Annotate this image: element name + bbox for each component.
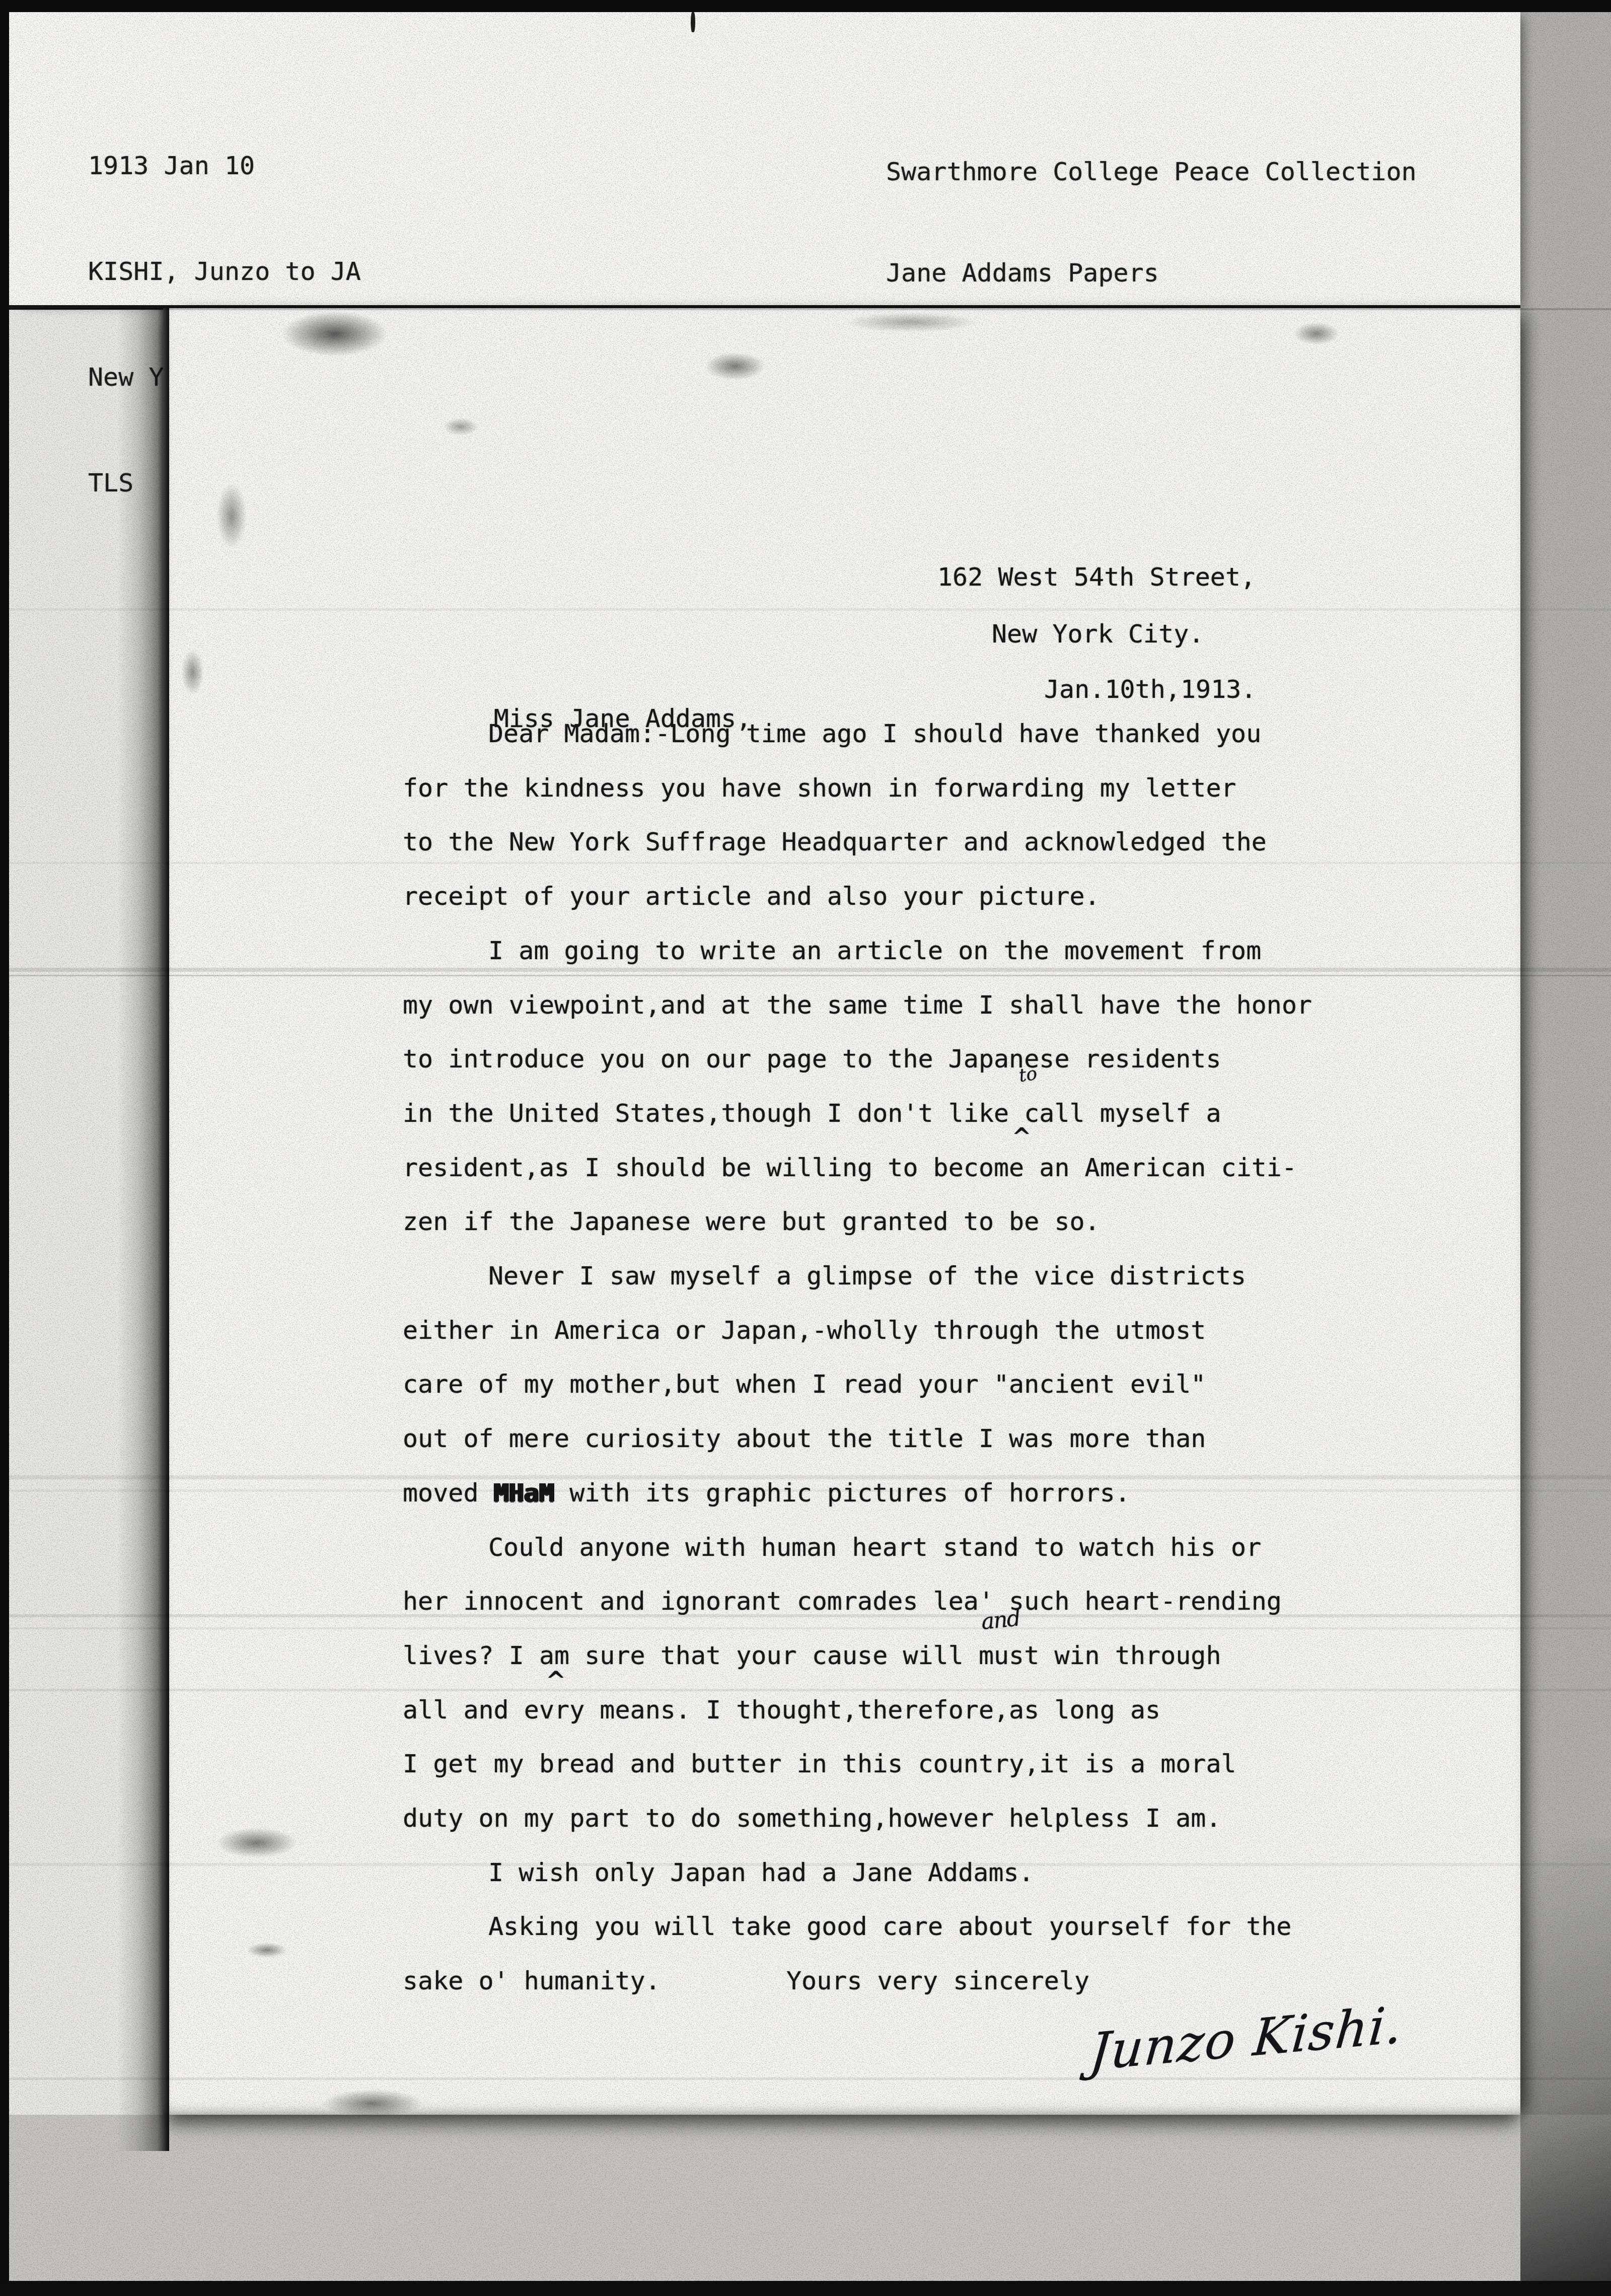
insertion-caret: ^ bbox=[1012, 1123, 1032, 1150]
letter-line: out of mere curiosity about the title I … bbox=[403, 1424, 1206, 1453]
letter-line: sake o' humanity.Yours very sincerely bbox=[403, 1966, 661, 1995]
handwritten-insertion-and: and bbox=[980, 1605, 1021, 1635]
overstruck-word: MHaM bbox=[494, 1478, 554, 1508]
collection-name: Swarthmore College Peace Collection bbox=[886, 155, 1417, 189]
letter-line: care of my mother,but when I read your "… bbox=[403, 1370, 1206, 1399]
letter-line: Asking you will take good care about you… bbox=[403, 1912, 1291, 1941]
letter-line: in the United States,though I don't like… bbox=[403, 1099, 1221, 1128]
handwritten-signature: Junzo Kishi. bbox=[1087, 1995, 1406, 2082]
letter-date: Jan.10th,1913. bbox=[1044, 675, 1256, 704]
scan-edge-bottom bbox=[0, 2281, 1611, 2296]
letter-line: I am going to write an article on the mo… bbox=[403, 936, 1261, 965]
letter-line: either in America or Japan,-wholly throu… bbox=[403, 1316, 1206, 1345]
letter-line: I get my bread and butter in this countr… bbox=[403, 1749, 1236, 1778]
handwritten-caret-evry: ^ bbox=[546, 1667, 566, 1695]
letter-line: zen if the Japanese were but granted to … bbox=[403, 1207, 1100, 1236]
letter-line: all and evry means. I thought,therefore,… bbox=[403, 1695, 1160, 1725]
scan-background-bottom bbox=[9, 2115, 1611, 2296]
scan-edge-top bbox=[0, 0, 1611, 12]
letter-line: Could anyone with human heart stand to w… bbox=[403, 1533, 1261, 1562]
letter-line: my own viewpoint,and at the same time I … bbox=[403, 990, 1312, 1020]
letter-text: 162 West 54th Street, New York City. Mis… bbox=[163, 308, 1520, 2115]
letter-line: to introduce you on our page to the Japa… bbox=[403, 1044, 1221, 1073]
letter-line: duty on my part to do something,however … bbox=[403, 1804, 1221, 1833]
letter-line: to the New York Suffrage Headquarter and… bbox=[403, 827, 1267, 856]
letter-line: moved MHaM with its graphic pictures of … bbox=[403, 1478, 1130, 1508]
letter-line: lives? I am sure that your cause will mu… bbox=[403, 1641, 1221, 1670]
letter-line: receipt of your article and also your pi… bbox=[403, 882, 1100, 911]
closing-phrase: Yours very sincerely bbox=[786, 1966, 1089, 1995]
scan-edge-left bbox=[0, 0, 9, 2296]
letter-line: resident,as I should be willing to becom… bbox=[403, 1153, 1297, 1182]
letter-line: Dear Madam:-Long time ago I should have … bbox=[403, 719, 1261, 748]
scanned-document: { "header_card": { "catalog": { "lines":… bbox=[0, 0, 1611, 2296]
catalog-header-card: 1913 Jan 10 KISHI, Junzo to JA New York,… bbox=[9, 12, 1520, 310]
catalog-correspondents: KISHI, Junzo to JA bbox=[88, 254, 361, 289]
letter-line: Never I saw myself a glimpse of the vice… bbox=[403, 1261, 1246, 1290]
letter-line: I wish only Japan had a Jane Addams. bbox=[403, 1858, 1034, 1887]
letter-line: for the kindness you have shown in forwa… bbox=[403, 773, 1236, 803]
scan-corner-shadow bbox=[1520, 1838, 1611, 2296]
ink-tick-mark bbox=[691, 12, 695, 32]
letter-line: her innocent and ignorant comrades lea' … bbox=[403, 1587, 1282, 1616]
catalog-date: 1913 Jan 10 bbox=[88, 148, 361, 183]
sender-address-street: 162 West 54th Street, bbox=[937, 562, 1256, 592]
collection-papers: Jane Addams Papers bbox=[886, 256, 1417, 290]
handwritten-insertion-to: to bbox=[1017, 1063, 1038, 1087]
sender-address-city: New York City. bbox=[992, 619, 1204, 649]
letter-page: 162 West 54th Street, New York City. Mis… bbox=[163, 308, 1520, 2115]
